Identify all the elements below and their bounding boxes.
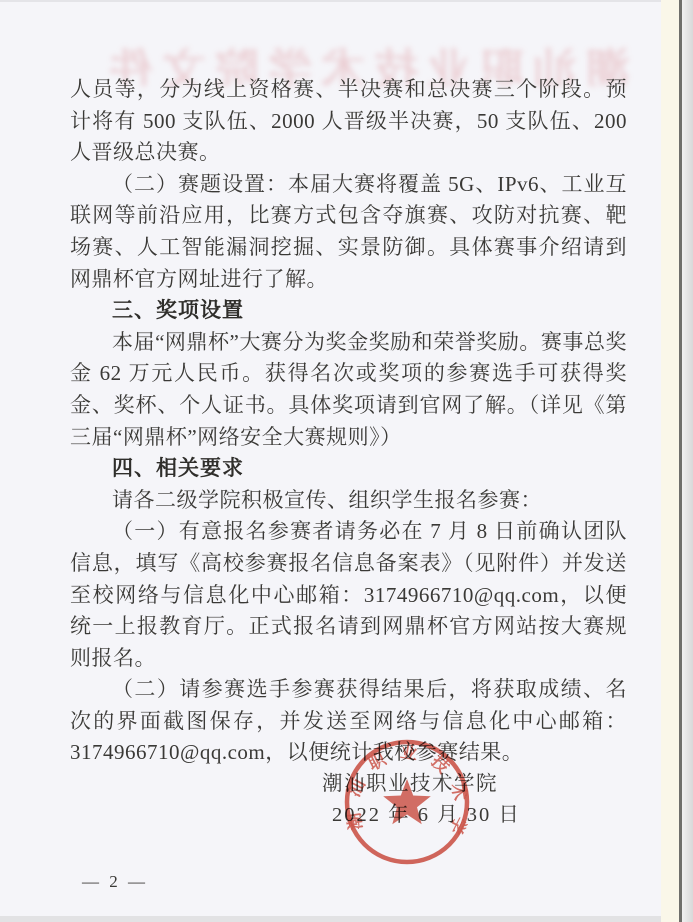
heading-awards: 三、奖项设置 [70, 295, 627, 327]
page-number: — 2 — [82, 872, 148, 892]
scan-top-edge [0, 0, 661, 2]
official-seal-stamp: 潮汕职业技术学院 [332, 727, 482, 877]
paragraph-stages: 人员等，分为线上资格赛、半决赛和总决赛三个阶段。预计将有 500 支队伍、200… [70, 74, 627, 169]
paragraph-topics: （二）赛题设置：本届大赛将覆盖 5G、IPv6、工业互联网等前沿应用，比赛方式包… [70, 169, 627, 295]
paragraph-registration: （一）有意报名参赛者请务必在 7 月 8 日前确认团队信息，填写《高校参赛报名信… [70, 516, 627, 674]
paragraph-awards: 本届“网鼎杯”大赛分为奖金奖励和荣誉奖励。赛事总奖金 62 万元人民币。获得名次… [70, 327, 627, 453]
document-body: 人员等，分为线上资格赛、半决赛和总决赛三个阶段。预计将有 500 支队伍、200… [70, 74, 627, 769]
heading-requirements: 四、相关要求 [70, 453, 627, 485]
scan-bottom-edge [0, 916, 661, 922]
scan-edge-cream [661, 0, 679, 922]
scan-edge-right [682, 0, 693, 922]
paragraph-promote: 请各二级学院积极宣传、组织学生报名参赛： [70, 485, 627, 517]
seal-star-icon [383, 779, 431, 824]
